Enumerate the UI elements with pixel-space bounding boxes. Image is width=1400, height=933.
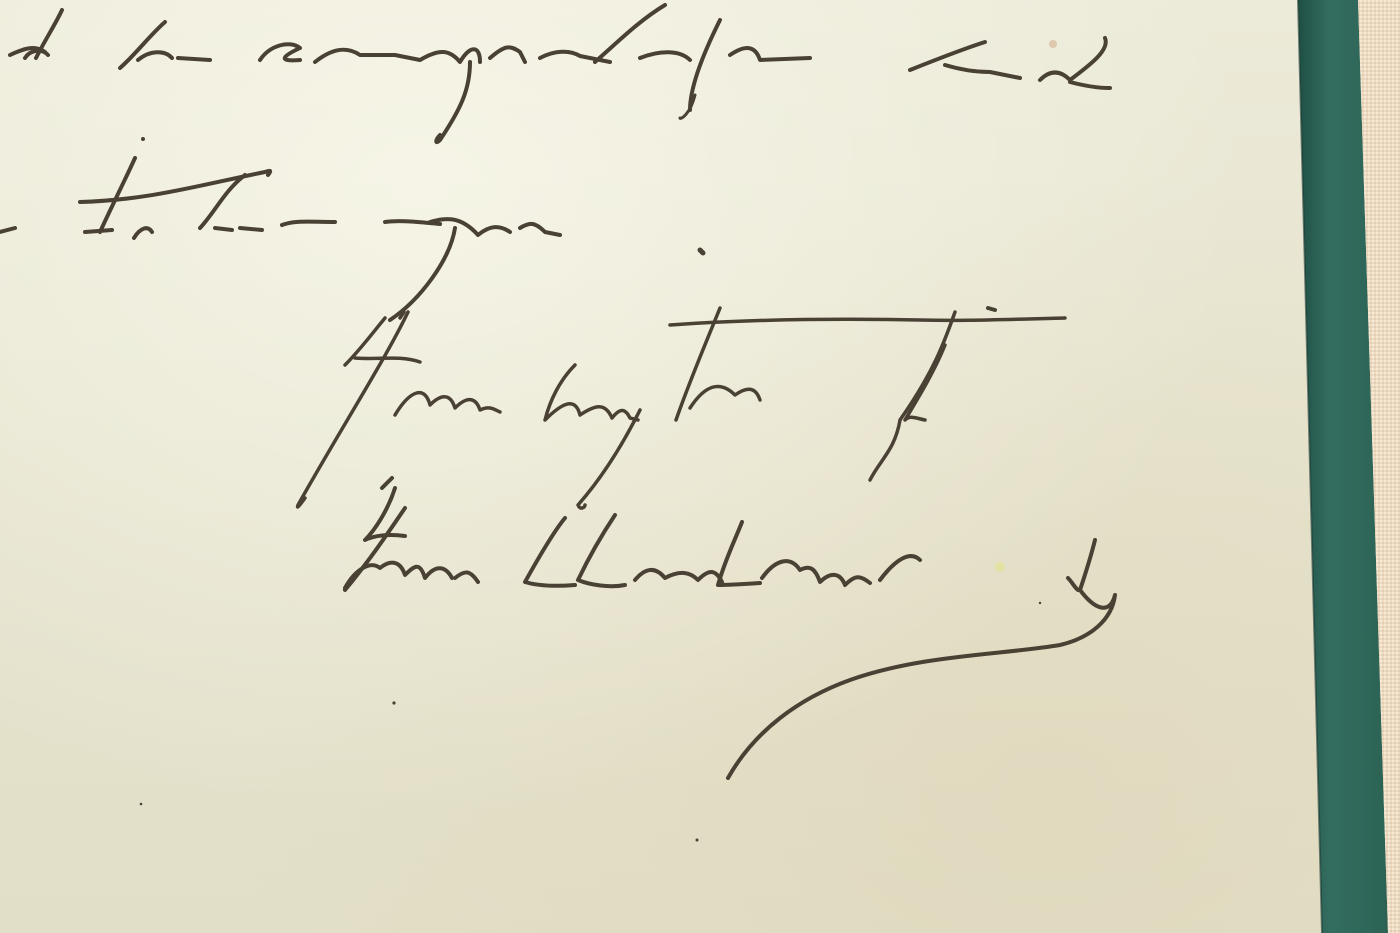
framed-letter-photo: ...and the disengaged and ...to see you.… — [0, 0, 1400, 933]
handwritten-line-1 — [10, 5, 1110, 142]
handwritten-line-2 — [0, 158, 703, 320]
signature — [345, 478, 1115, 778]
handwriting-layer — [0, 0, 1400, 933]
closing-text — [297, 308, 1065, 508]
